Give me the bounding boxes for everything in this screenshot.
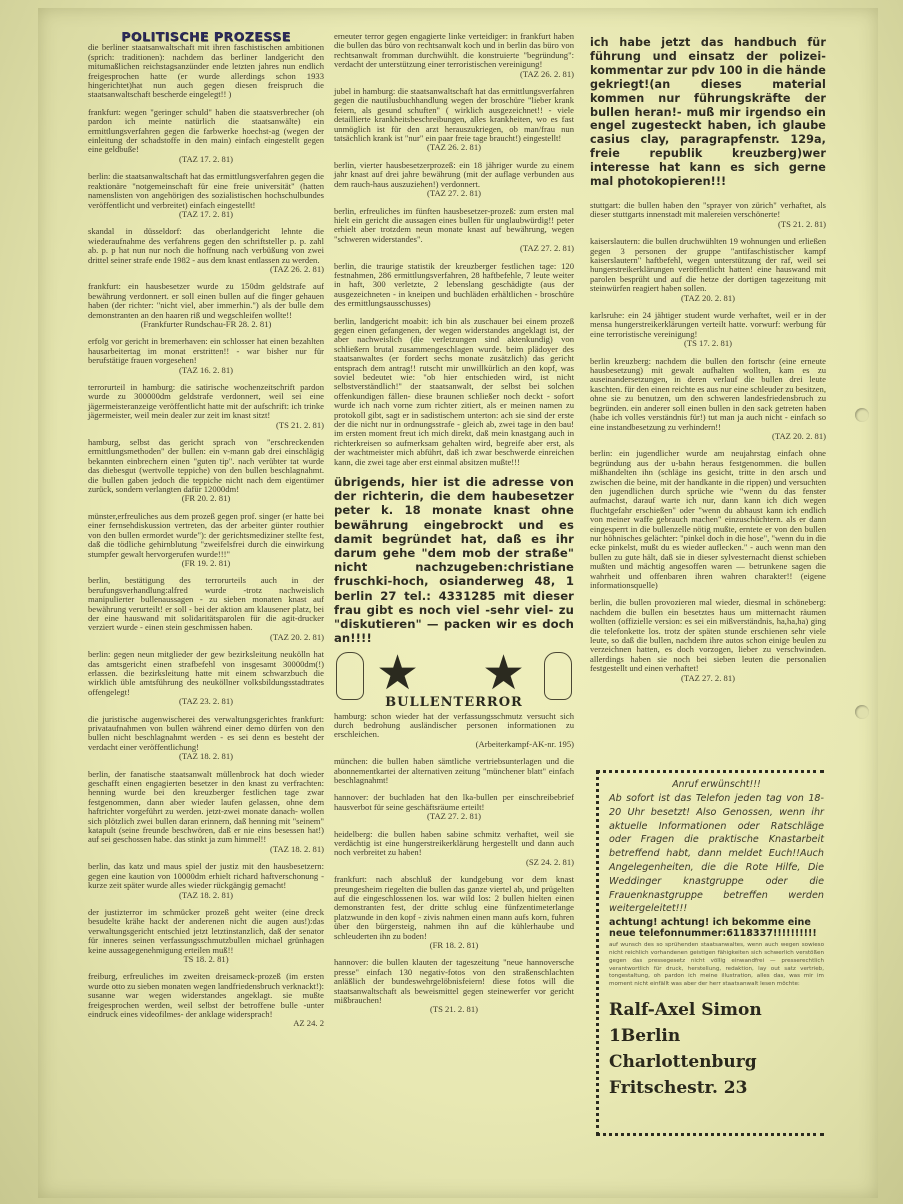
news-text: jubel in hamburg: die staatsanwaltschaft… xyxy=(334,86,574,143)
news-text: berlin, der fanatische staatsanwalt müll… xyxy=(88,769,324,845)
news-item: berlin, das katz und maus spiel der just… xyxy=(88,862,324,900)
news-item: berlin, die traurige statistik der kreuz… xyxy=(334,262,574,309)
news-source: (TAZ 23. 2. 81) xyxy=(88,697,324,706)
notice-box: Anruf erwünscht!!! Ab sofort ist das Tel… xyxy=(596,770,824,1136)
news-item: skandal in düsseldorf: das oberlandgeric… xyxy=(88,227,324,274)
news-text: hamburg, selbst das gericht sprach von "… xyxy=(88,437,324,494)
news-item: frankfurt: wegen "geringer schuld" haben… xyxy=(88,108,324,164)
news-source: (TAZ 18. 2. 81) xyxy=(88,891,324,900)
handbook-notice: ich habe jetzt das handbuch für führung … xyxy=(590,36,826,189)
news-text: hamburg: schon wieder hat der verfassung… xyxy=(334,711,574,740)
news-source: (TAZ 26. 2. 81) xyxy=(88,265,324,274)
news-text: berlin: die staatsanwaltschaft hat das e… xyxy=(88,171,324,209)
article-list: die berliner staatsanwaltschaft mit ihre… xyxy=(88,43,324,1028)
article-list: hamburg: schon wieder hat der verfassung… xyxy=(334,712,574,1015)
news-item: münster,erfreuliches aus dem prozeß gege… xyxy=(88,512,324,568)
news-item: berlin, die bullen provozieren mal wiede… xyxy=(590,598,826,683)
news-source: (Arbeiterkampf-AK-nr. 195) xyxy=(334,740,574,749)
news-source: (TAZ 27. 2. 81) xyxy=(334,244,574,253)
column-right: ich habe jetzt das handbuch für führung … xyxy=(590,36,826,691)
news-text: münster,erfreuliches aus dem prozeß gege… xyxy=(88,511,324,559)
news-text: berlin: gegen neun mitglieder der gew be… xyxy=(88,649,324,697)
news-item: die berliner staatsanwaltschaft mit ihre… xyxy=(88,43,324,99)
star-icon: ★ xyxy=(482,650,525,698)
article-list: stuttgart: die bullen haben den "sprayer… xyxy=(590,201,826,683)
news-source: (TAZ 18. 2. 81) xyxy=(88,752,324,761)
news-text: berlin, die traurige statistik der kreuz… xyxy=(334,261,574,309)
news-source: (TS 21. 2. 81) xyxy=(88,421,324,430)
news-item: jubel in hamburg: die staatsanwaltschaft… xyxy=(334,87,574,153)
star-icon: ★ xyxy=(376,650,419,698)
news-text: erneuter terror gegen engagierte linke v… xyxy=(334,31,574,69)
news-source: (TAZ 26. 2. 81) xyxy=(334,70,574,79)
news-text: berlin, bestätigung des terrorurteils au… xyxy=(88,575,324,632)
news-source: (Frankfurter Rundschau-FR 28. 2. 81) xyxy=(88,320,324,329)
news-text: frankfurt: nach abschluß der kundgebung … xyxy=(334,874,574,940)
news-text: berlin, erfreuliches im fünften hausbese… xyxy=(334,206,574,244)
bullenterror-emblem: ★ ★ BULLENTERROR xyxy=(334,650,574,706)
news-item: karlsruhe: ein 24 jähtiger student wurde… xyxy=(590,311,826,349)
news-item: freiburg, erfreuliches im zweiten dreisa… xyxy=(88,972,324,1028)
news-item: hannover: der buchladen hat den lka-bull… xyxy=(334,793,574,821)
news-item: erfolg vor gericht in bremerhaven: ein s… xyxy=(88,337,324,375)
news-text: erfolg vor gericht in bremerhaven: ein s… xyxy=(88,336,324,365)
news-source: (TAZ 27. 2. 81) xyxy=(334,189,574,198)
news-text: stuttgart: die bullen haben den "sprayer… xyxy=(590,200,826,219)
news-text: heidelberg: die bullen haben sabine schm… xyxy=(334,829,574,858)
news-source: (FR 18. 2. 81) xyxy=(334,941,574,950)
news-text: berlin, das katz und maus spiel der just… xyxy=(88,861,324,890)
punch-hole xyxy=(855,705,869,719)
news-item: münchen: die bullen haben sämtliche vert… xyxy=(334,757,574,785)
news-item: berlin kreuzberg: nachdem die bullen den… xyxy=(590,357,826,442)
news-source: TS 18. 2. 81) xyxy=(88,955,324,964)
news-source: (TAZ 20. 2. 81) xyxy=(88,633,324,642)
news-source: (TAZ 17. 2. 81) xyxy=(88,210,324,219)
news-text: skandal in düsseldorf: das oberlandgeric… xyxy=(88,226,324,264)
news-text: karlsruhe: ein 24 jähtiger student wurde… xyxy=(590,310,826,339)
news-source: (TAZ 18. 2. 81) xyxy=(88,845,324,854)
column-left: POLITISCHE PROZESSE die berliner staatsa… xyxy=(88,32,324,1037)
news-source: (TS 21. 2. 81) xyxy=(590,220,826,229)
news-item: berlin, bestätigung des terrorurteils au… xyxy=(88,576,324,642)
news-source: (TAZ 27. 2. 81) xyxy=(590,674,826,683)
address-street: Fritschestr. 23 xyxy=(609,1075,824,1101)
news-text: terrorurteil in hamburg: die satirische … xyxy=(88,382,324,420)
news-item: berlin, erfreuliches im fünften hausbese… xyxy=(334,207,574,254)
news-source: (TAZ 27. 2. 81) xyxy=(334,812,574,821)
address-name: Ralf-Axel Simon xyxy=(609,997,824,1023)
news-text: münchen: die bullen haben sämtliche vert… xyxy=(334,756,574,785)
news-text: die juristische augenwischerei des verwa… xyxy=(88,714,324,752)
news-item: berlin, vierter hausbesetzerprozeß: ein … xyxy=(334,161,574,199)
news-item: terrorurteil in hamburg: die satirische … xyxy=(88,383,324,430)
news-text: der justizterror im schmücker prozeß geh… xyxy=(88,907,324,955)
judge-address-notice: übrigends, hier ist die adresse von der … xyxy=(334,475,574,645)
news-source: AZ 24. 2 xyxy=(88,1019,324,1028)
news-text: kaiserslautern: die bullen druchwühlten … xyxy=(590,236,826,293)
article-list: erneuter terror gegen engagierte linke v… xyxy=(334,32,574,467)
news-item: berlin, der fanatische staatsanwalt müll… xyxy=(88,770,324,855)
news-item: die juristische augenwischerei des verwa… xyxy=(88,715,324,762)
news-text: die berliner staatsanwaltschaft mit ihre… xyxy=(88,42,324,99)
beetle-icon xyxy=(336,652,364,700)
news-item: kaiserslautern: die bullen druchwühlten … xyxy=(590,237,826,303)
news-item: stuttgart: die bullen haben den "sprayer… xyxy=(590,201,826,229)
publisher-address: Ralf-Axel Simon 1Berlin Charlottenburg F… xyxy=(609,997,824,1101)
news-source: (TAZ 26. 2. 81) xyxy=(334,143,574,152)
news-text: hannover: die bullen klauten der tagesze… xyxy=(334,957,574,1005)
address-city: 1Berlin Charlottenburg xyxy=(609,1023,824,1075)
legal-fine-print: auf wunsch des so sprühenden staatsanwal… xyxy=(609,942,824,989)
news-text: berlin, vierter hausbesetzerprozeß: ein … xyxy=(334,160,574,189)
news-text: frankfurt: wegen "geringer schuld" haben… xyxy=(88,107,324,155)
section-title: POLITISCHE PROZESSE xyxy=(88,32,324,41)
news-text: freiburg, erfreuliches im zweiten dreisa… xyxy=(88,971,324,1019)
news-item: erneuter terror gegen engagierte linke v… xyxy=(334,32,574,79)
news-source: (TAZ 17. 2. 81) xyxy=(88,155,324,164)
news-text: berlin, die bullen provozieren mal wiede… xyxy=(590,597,826,673)
news-source: (TS 21. 2. 81) xyxy=(334,1005,574,1014)
news-source: (TS 17. 2. 81) xyxy=(590,339,826,348)
beetle-icon xyxy=(544,652,572,700)
notice-header: Anruf erwünscht!!! xyxy=(609,779,824,790)
news-item: berlin: gegen neun mitglieder der gew be… xyxy=(88,650,324,706)
news-text: berlin kreuzberg: nachdem die bullen den… xyxy=(590,356,826,432)
news-text: berlin: ein jugendlicher wurde am neujah… xyxy=(590,448,826,590)
news-item: frankfurt: nach abschluß der kundgebung … xyxy=(334,875,574,950)
photo-background: POLITISCHE PROZESSE die berliner staatsa… xyxy=(0,0,903,1204)
news-text: hannover: der buchladen hat den lka-bull… xyxy=(334,792,574,811)
phone-alert: achtung! achtung! ich bekomme eine neue … xyxy=(609,917,824,939)
news-source: (FR 20. 2. 81) xyxy=(88,494,324,503)
news-text: berlin, landgericht moabit: ich bin als … xyxy=(334,316,574,467)
news-item: hamburg, selbst das gericht sprach von "… xyxy=(88,438,324,504)
news-item: berlin: ein jugendlicher wurde am neujah… xyxy=(590,449,826,590)
news-source: (TAZ 20. 2. 81) xyxy=(590,294,826,303)
punch-hole xyxy=(855,408,869,422)
notice-body: Ab sofort ist das Telefon jeden tag von … xyxy=(609,792,824,916)
news-source: (SZ 24. 2. 81) xyxy=(334,858,574,867)
news-item: heidelberg: die bullen haben sabine schm… xyxy=(334,830,574,868)
news-item: der justizterror im schmücker prozeß geh… xyxy=(88,908,324,964)
news-source: (FR 19. 2. 81) xyxy=(88,559,324,568)
news-text: frankfurt: ein hausbesetzer wurde zu 150… xyxy=(88,281,324,319)
news-item: hamburg: schon wieder hat der verfassung… xyxy=(334,712,574,750)
news-source: (TAZ 20. 2. 81) xyxy=(590,432,826,441)
news-item: berlin, landgericht moabit: ich bin als … xyxy=(334,317,574,468)
news-source: (TAZ 16. 2. 81) xyxy=(88,366,324,375)
emblem-title: BULLENTERROR xyxy=(334,698,574,707)
news-item: berlin: die staatsanwaltschaft hat das e… xyxy=(88,172,324,219)
news-item: hannover: die bullen klauten der tagesze… xyxy=(334,958,574,1014)
column-middle: erneuter terror gegen engagierte linke v… xyxy=(334,32,574,1023)
news-item: frankfurt: ein hausbesetzer wurde zu 150… xyxy=(88,282,324,329)
